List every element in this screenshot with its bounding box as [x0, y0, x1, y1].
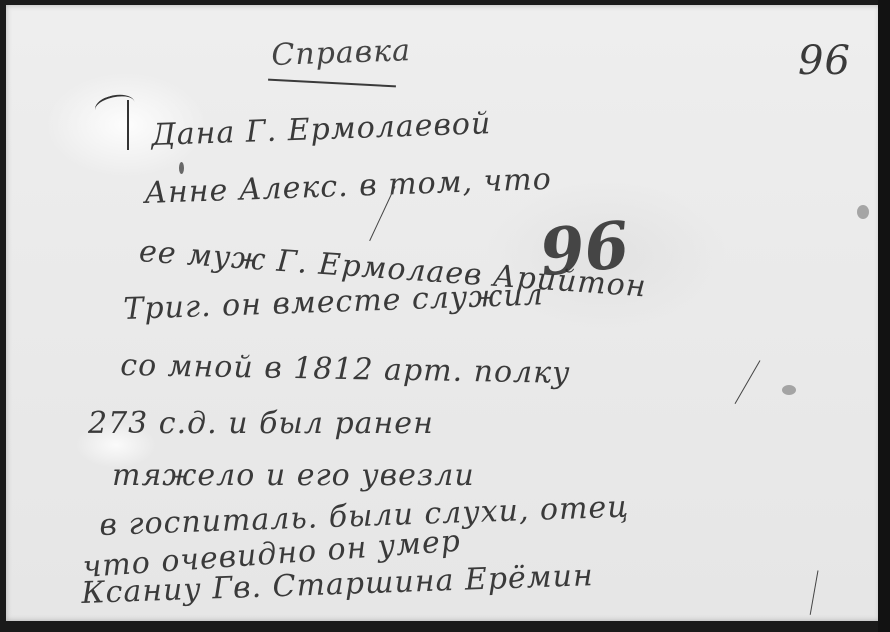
paper-tear-mark-vertical [115, 100, 129, 150]
page-number: 96 [798, 38, 851, 84]
ink-blot [782, 385, 796, 395]
ink-blot [857, 205, 869, 219]
text-line-6: 273 с.д. и был ранен [88, 406, 434, 441]
text-line-7: тяжело и его увезли [112, 458, 475, 493]
document-title: Справка [271, 33, 412, 73]
ink-mark [179, 162, 184, 174]
archive-number-stamp: 96 [536, 208, 632, 292]
scan-border-right [878, 0, 890, 632]
